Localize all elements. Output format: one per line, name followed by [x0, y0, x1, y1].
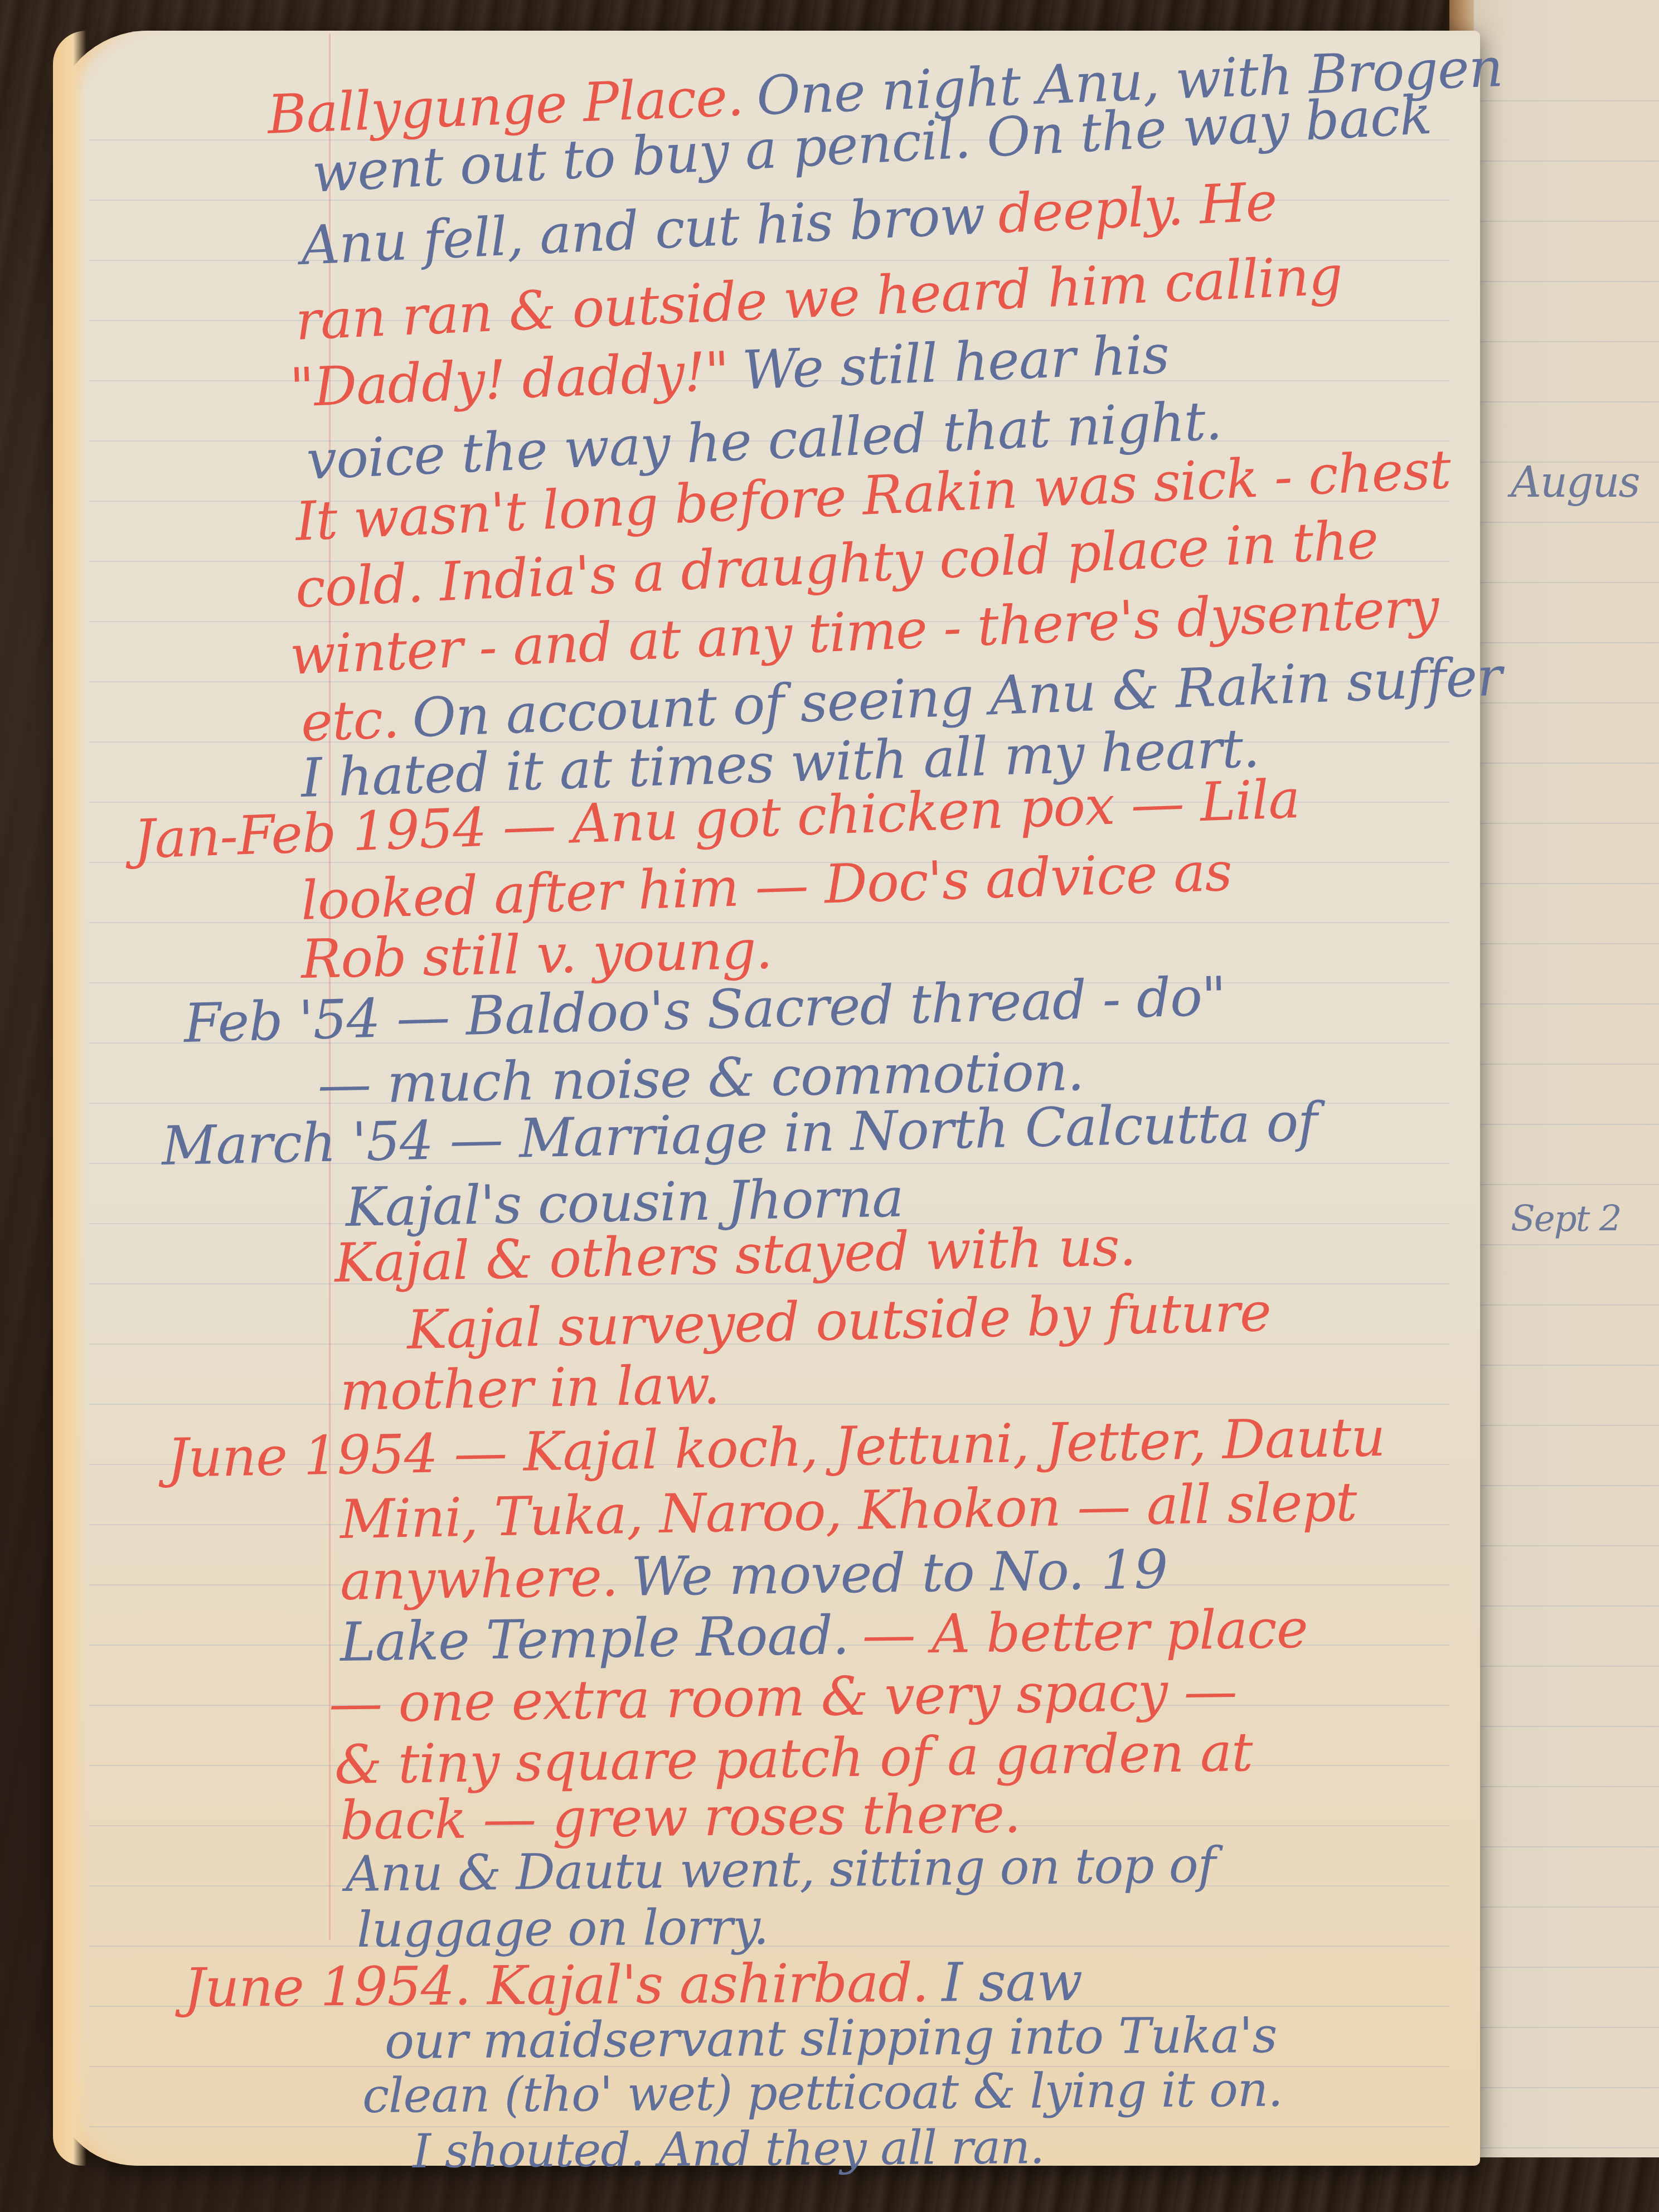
line-text: — A better place	[862, 1598, 1308, 1666]
ruled-line	[1472, 582, 1659, 583]
page-edge	[53, 31, 86, 2166]
ruled-line	[1472, 1365, 1659, 1366]
ruled-line	[1472, 1244, 1659, 1245]
ruled-line	[1472, 341, 1659, 342]
address-lake-temple-road: Lake Temple Road.	[339, 1604, 849, 1673]
ruled-line	[1472, 161, 1659, 162]
right-margin-note-august: Augus	[1511, 457, 1639, 507]
ruled-line	[1472, 1184, 1659, 1185]
line-text: I saw	[942, 1951, 1083, 2014]
ruled-line	[89, 1404, 1449, 1405]
ruled-line	[1472, 2027, 1659, 2028]
ruled-line	[1472, 1967, 1659, 1968]
line-text: etc.	[300, 687, 400, 754]
ruled-line	[1472, 1485, 1659, 1486]
ruled-line	[1472, 1726, 1659, 1727]
journal-line: I shouted. And they all ran.	[413, 2119, 1058, 2179]
journal-line: our maidservant slipping into Tuka's	[385, 2006, 1291, 2070]
ruled-line	[1472, 1064, 1659, 1065]
ruled-line	[1472, 401, 1659, 402]
line-text: We moved to No. 19	[630, 1538, 1168, 1608]
ruled-line	[1472, 1666, 1659, 1667]
ruled-line	[1472, 1846, 1659, 1847]
ruled-line	[1472, 1545, 1659, 1546]
line-text: Anu & Dautu went, sitting on top of	[345, 1836, 1215, 1903]
ruled-line	[1472, 1786, 1659, 1787]
ruled-line	[1472, 883, 1659, 884]
ruled-line	[1472, 1605, 1659, 1607]
ruled-line	[1472, 1003, 1659, 1005]
ruled-line	[1472, 462, 1659, 463]
line-text: anywhere.	[339, 1546, 618, 1612]
journal-line: luggage on lorry.	[357, 1898, 782, 1958]
line-text: clean (tho' wet) petticoat & lying it on…	[362, 2061, 1283, 2124]
ruled-line	[1472, 1425, 1659, 1426]
ruled-line	[1472, 943, 1659, 944]
ruled-line	[1472, 281, 1659, 282]
ruled-line	[1472, 522, 1659, 523]
ruled-line	[1472, 1304, 1659, 1306]
journal-line: Anu & Dautu went, sitting on top of	[345, 1836, 1229, 1903]
line-text: luggage on lorry.	[357, 1898, 769, 1958]
ruled-line	[1472, 1124, 1659, 1125]
ruled-line	[1472, 100, 1659, 101]
line-text: our maidservant slipping into Tuka's	[385, 2006, 1277, 2070]
ruled-line	[1472, 1907, 1659, 1908]
ruled-line	[1472, 642, 1659, 643]
ruled-line	[1472, 2087, 1659, 2088]
ruled-line	[1472, 2147, 1659, 2148]
journal-line: clean (tho' wet) petticoat & lying it on…	[362, 2061, 1296, 2124]
ruled-line	[1472, 221, 1659, 222]
journal-line: mother in law.	[339, 1354, 734, 1423]
ruled-line	[1472, 763, 1659, 764]
line-text: I shouted. And they all ran.	[413, 2119, 1045, 2179]
ruled-line	[1472, 823, 1659, 824]
line-text: mother in law.	[339, 1354, 720, 1423]
line-text: deeply. He	[997, 171, 1278, 246]
right-page: Augus Sept 2	[1449, 0, 1659, 2157]
right-margin-note-september: Sept 2	[1511, 1199, 1621, 1240]
